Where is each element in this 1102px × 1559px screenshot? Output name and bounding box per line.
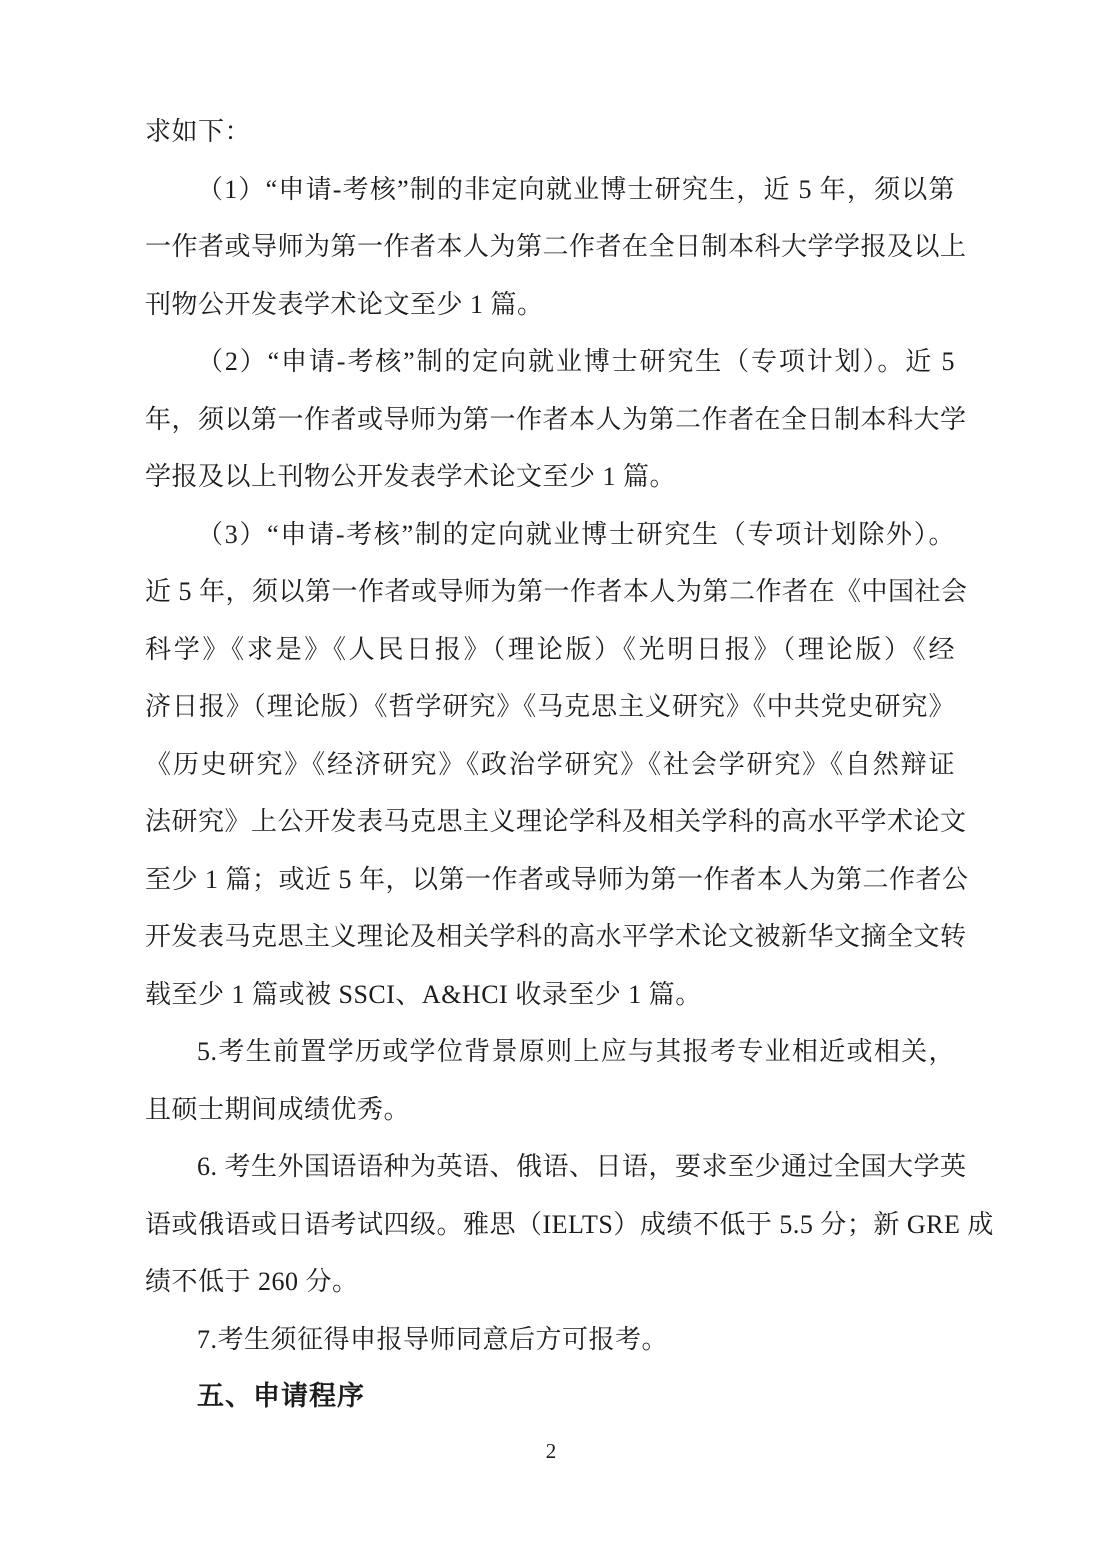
- paragraph-line: 语或俄语或日语考试四级。雅思（IELTS）成绩不低于 5.5 分；新 GRE 成: [145, 1196, 955, 1254]
- paragraph-line: 刊物公开发表学术论文至少 1 篇。: [145, 276, 955, 334]
- paragraph-line: 绩不低于 260 分。: [145, 1253, 955, 1311]
- paragraph-line: 《历史研究》《经济研究》《政治学研究》《社会学研究》《自然辩证: [145, 736, 955, 794]
- page-number: 2: [0, 1436, 1102, 1466]
- paragraph-line: 7.考生须征得申报导师同意后方可报考。: [145, 1311, 955, 1369]
- paragraph-line: 开发表马克思主义理论及相关学科的高水平学术论文被新华文摘全文转: [145, 908, 955, 966]
- paragraph-line: 科学》《求是》《人民日报》（理论版）《光明日报》（理论版）《经: [145, 621, 955, 679]
- document-body: 求如下： （1）“申请-考核”制的非定向就业博士研究生，近 5 年，须以第 一作…: [145, 103, 955, 1426]
- paragraph-line: 一作者或导师为第一作者本人为第二作者在全日制本科大学学报及以上: [145, 218, 955, 276]
- paragraph-line: （2）“申请-考核”制的定向就业博士研究生（专项计划）。近 5: [145, 333, 955, 391]
- section-heading: 五、申请程序: [145, 1368, 955, 1426]
- paragraph-line: 济日报》（理论版）《哲学研究》《马克思主义研究》《中共党史研究》: [145, 678, 955, 736]
- paragraph-line: 学报及以上刊物公开发表学术论文至少 1 篇。: [145, 448, 955, 506]
- paragraph-line: 法研究》上公开发表马克思主义理论学科及相关学科的高水平学术论文: [145, 793, 955, 851]
- paragraph-line: 5.考生前置学历或学位背景原则上应与其报考专业相近或相关，: [145, 1023, 955, 1081]
- paragraph-line: 近 5 年，须以第一作者或导师为第一作者本人为第二作者在《中国社会: [145, 563, 955, 621]
- paragraph-line: 年，须以第一作者或导师为第一作者本人为第二作者在全日制本科大学: [145, 391, 955, 449]
- paragraph-line: （1）“申请-考核”制的非定向就业博士研究生，近 5 年，须以第: [145, 161, 955, 219]
- paragraph-line: 至少 1 篇；或近 5 年，以第一作者或导师为第一作者本人为第二作者公: [145, 851, 955, 909]
- paragraph-line: 6. 考生外国语语种为英语、俄语、日语，要求至少通过全国大学英: [145, 1138, 955, 1196]
- paragraph-line: 载至少 1 篇或被 SSCI、A&HCI 收录至少 1 篇。: [145, 966, 955, 1024]
- paragraph-line: 且硕士期间成绩优秀。: [145, 1081, 955, 1139]
- paragraph-line: （3）“申请-考核”制的定向就业博士研究生（专项计划除外）。: [145, 506, 955, 564]
- paragraph-line: 求如下：: [145, 103, 955, 161]
- document-page: 求如下： （1）“申请-考核”制的非定向就业博士研究生，近 5 年，须以第 一作…: [0, 0, 1102, 1559]
